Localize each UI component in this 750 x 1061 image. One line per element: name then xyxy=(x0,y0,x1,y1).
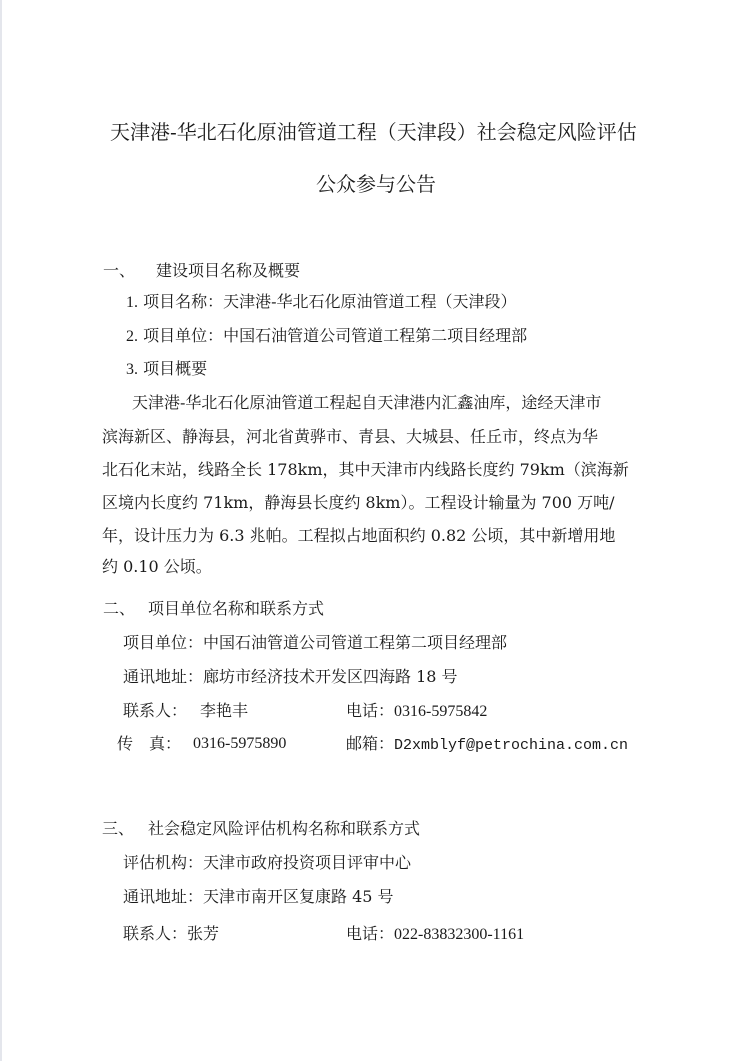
field-value: 天津市政府投资项目评审中心 xyxy=(203,853,411,872)
contact-person-label: 联系人： xyxy=(123,701,187,721)
paragraph-line: 区境内长度约 71km，静海县长度约 8km）。工程设计输量为 700 万吨/ xyxy=(102,493,615,513)
phone-row: 电话：0316-5975842 xyxy=(346,701,487,722)
document-title-line-2: 公众参与公告 xyxy=(316,172,436,196)
field-label: 电话： xyxy=(346,924,394,943)
paragraph-line: 北石化末站，线路全长 178km，其中天津市内线路长度约 79km（滨海新 xyxy=(102,460,629,480)
agency-phone-row: 电话：022-83832300-1161 xyxy=(346,924,524,945)
scan-edge xyxy=(0,0,2,1061)
item-value: 中国石油管道公司管道工程第二项目经理部 xyxy=(223,326,527,345)
fax-value: 0316-5975890 xyxy=(193,734,286,754)
field-label: 邮箱： xyxy=(346,734,394,753)
phone-value: 022-83832300-1161 xyxy=(394,926,524,943)
field-label: 评估机构： xyxy=(123,853,203,872)
field-label: 联系人： xyxy=(123,924,187,943)
field-value: 中国石油管道公司管道工程第二项目经理部 xyxy=(203,633,507,652)
phone-value: 0316-5975842 xyxy=(394,703,487,720)
project-unit-row: 项目单位：中国石油管道公司管道工程第二项目经理部 xyxy=(123,633,507,653)
section-2-heading: 项目单位名称和联系方式 xyxy=(148,599,324,619)
address-row: 通讯地址：廊坊市经济技术开发区四海路 18 号 xyxy=(123,667,458,687)
agency-contact-row: 联系人：张芳 xyxy=(123,924,219,944)
section-3-marker: 三、 xyxy=(102,819,134,839)
item-value: 天津港-华北石化原油管道工程（天津段） xyxy=(223,292,516,311)
assessment-org-row: 评估机构：天津市政府投资项目评审中心 xyxy=(123,853,411,873)
field-value: 天津市南开区复康路 45 号 xyxy=(203,887,394,906)
paragraph-line: 年，设计压力为 6.3 兆帕。工程拟占地面积约 0.82 公顷，其中新增用地 xyxy=(102,526,615,546)
fax-label: 传 真： xyxy=(117,734,181,754)
item-label: 项目单位： xyxy=(143,326,223,345)
item-label: 项目概要 xyxy=(143,359,207,378)
field-label: 项目单位： xyxy=(123,633,203,652)
overview-item-2: 2. 项目单位：中国石油管道公司管道工程第二项目经理部 xyxy=(126,326,527,347)
item-label: 项目名称： xyxy=(143,292,223,311)
item-number: 2. xyxy=(126,328,138,345)
email-row: 邮箱：D2xmblyf@petrochina.com.cn xyxy=(346,734,628,756)
section-1-marker: 一、 xyxy=(103,261,135,281)
item-number: 1. xyxy=(126,294,138,311)
section-3-heading: 社会稳定风险评估机构名称和联系方式 xyxy=(148,819,420,839)
document-title-line-1: 天津港-华北石化原油管道工程（天津段）社会稳定风险评估 xyxy=(110,120,637,144)
paragraph-line: 天津港-华北石化原油管道工程起自天津港内汇鑫油库，途经天津市 xyxy=(132,393,601,413)
item-number: 3. xyxy=(126,361,138,378)
contact-person-value: 李艳丰 xyxy=(200,701,248,721)
paragraph-line: 滨海新区、静海县，河北省黄骅市、青县、大城县、任丘市，终点为华 xyxy=(102,427,598,447)
field-label: 电话： xyxy=(346,701,394,720)
agency-address-row: 通讯地址：天津市南开区复康路 45 号 xyxy=(123,887,394,907)
field-label: 通讯地址： xyxy=(123,667,203,686)
section-1-heading: 建设项目名称及概要 xyxy=(156,261,300,281)
email-link[interactable]: D2xmblyf@petrochina.com.cn xyxy=(394,737,628,754)
field-label: 通讯地址： xyxy=(123,887,203,906)
field-value: 张芳 xyxy=(187,924,219,943)
field-value: 廊坊市经济技术开发区四海路 18 号 xyxy=(203,667,458,686)
overview-item-1: 1. 项目名称：天津港-华北石化原油管道工程（天津段） xyxy=(126,292,517,313)
overview-item-3: 3. 项目概要 xyxy=(126,359,207,380)
section-2-marker: 二、 xyxy=(103,599,135,619)
paragraph-line: 约 0.10 公顷。 xyxy=(102,557,212,577)
